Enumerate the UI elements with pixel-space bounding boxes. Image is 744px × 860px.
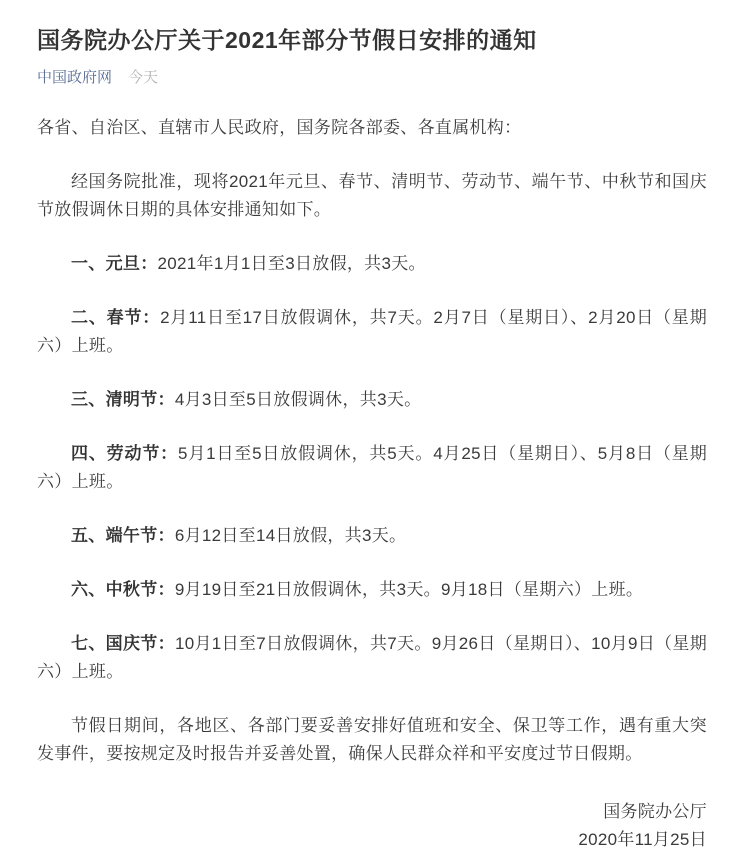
holiday-text: 2021年1月1日至3日放假，共3天。 — [158, 254, 426, 273]
article-page: 国务院办公厅关于2021年部分节假日安排的通知 中国政府网 今天 各省、自治区、… — [0, 0, 744, 860]
holiday-label: 四、劳动节： — [71, 444, 178, 463]
article-meta: 中国政府网 今天 — [37, 68, 707, 88]
salutation-paragraph: 各省、自治区、直辖市人民政府，国务院各部委、各直属机构： — [37, 114, 707, 142]
holiday-item-new-year: 一、元旦：2021年1月1日至3日放假，共3天。 — [37, 250, 707, 278]
signoff-block: 国务院办公厅 2020年11月25日 — [37, 798, 707, 854]
holiday-text: 6月12日至14日放假，共3天。 — [175, 526, 407, 545]
source-link[interactable]: 中国政府网 — [37, 68, 112, 88]
article-body: 各省、自治区、直辖市人民政府，国务院各部委、各直属机构： 经国务院批准，现将20… — [37, 114, 707, 854]
holiday-label: 七、国庆节： — [71, 634, 175, 653]
publish-time: 今天 — [128, 68, 158, 88]
signoff-date: 2020年11月25日 — [37, 826, 707, 854]
intro-paragraph: 经国务院批准，现将2021年元旦、春节、清明节、劳动节、端午节、中秋节和国庆节放… — [37, 168, 707, 224]
holiday-label: 六、中秋节： — [71, 580, 175, 599]
holiday-item-mid-autumn: 六、中秋节：9月19日至21日放假调休，共3天。9月18日（星期六）上班。 — [37, 576, 707, 604]
holiday-text: 4月3日至5日放假调休，共3天。 — [175, 390, 422, 409]
page-title: 国务院办公厅关于2021年部分节假日安排的通知 — [37, 24, 707, 56]
holiday-item-dragon-boat: 五、端午节：6月12日至14日放假，共3天。 — [37, 522, 707, 550]
holiday-item-qingming: 三、清明节：4月3日至5日放假调休，共3天。 — [37, 386, 707, 414]
signoff-org: 国务院办公厅 — [37, 798, 707, 826]
holiday-item-labor-day: 四、劳动节：5月1日至5日放假调休，共5天。4月25日（星期日）、5月8日（星期… — [37, 440, 707, 496]
holiday-item-spring-festival: 二、春节：2月11日至17日放假调休，共7天。2月7日（星期日）、2月20日（星… — [37, 304, 707, 360]
holiday-label: 一、元旦： — [71, 254, 158, 273]
holiday-text: 9月19日至21日放假调休，共3天。9月18日（星期六）上班。 — [175, 580, 643, 599]
holiday-label: 三、清明节： — [71, 390, 175, 409]
holiday-label: 二、春节： — [71, 308, 160, 327]
holiday-label: 五、端午节： — [71, 526, 175, 545]
closing-paragraph: 节假日期间，各地区、各部门要妥善安排好值班和安全、保卫等工作，遇有重大突发事件，… — [37, 712, 707, 768]
holiday-item-national-day: 七、国庆节：10月1日至7日放假调休，共7天。9月26日（星期日）、10月9日（… — [37, 630, 707, 686]
